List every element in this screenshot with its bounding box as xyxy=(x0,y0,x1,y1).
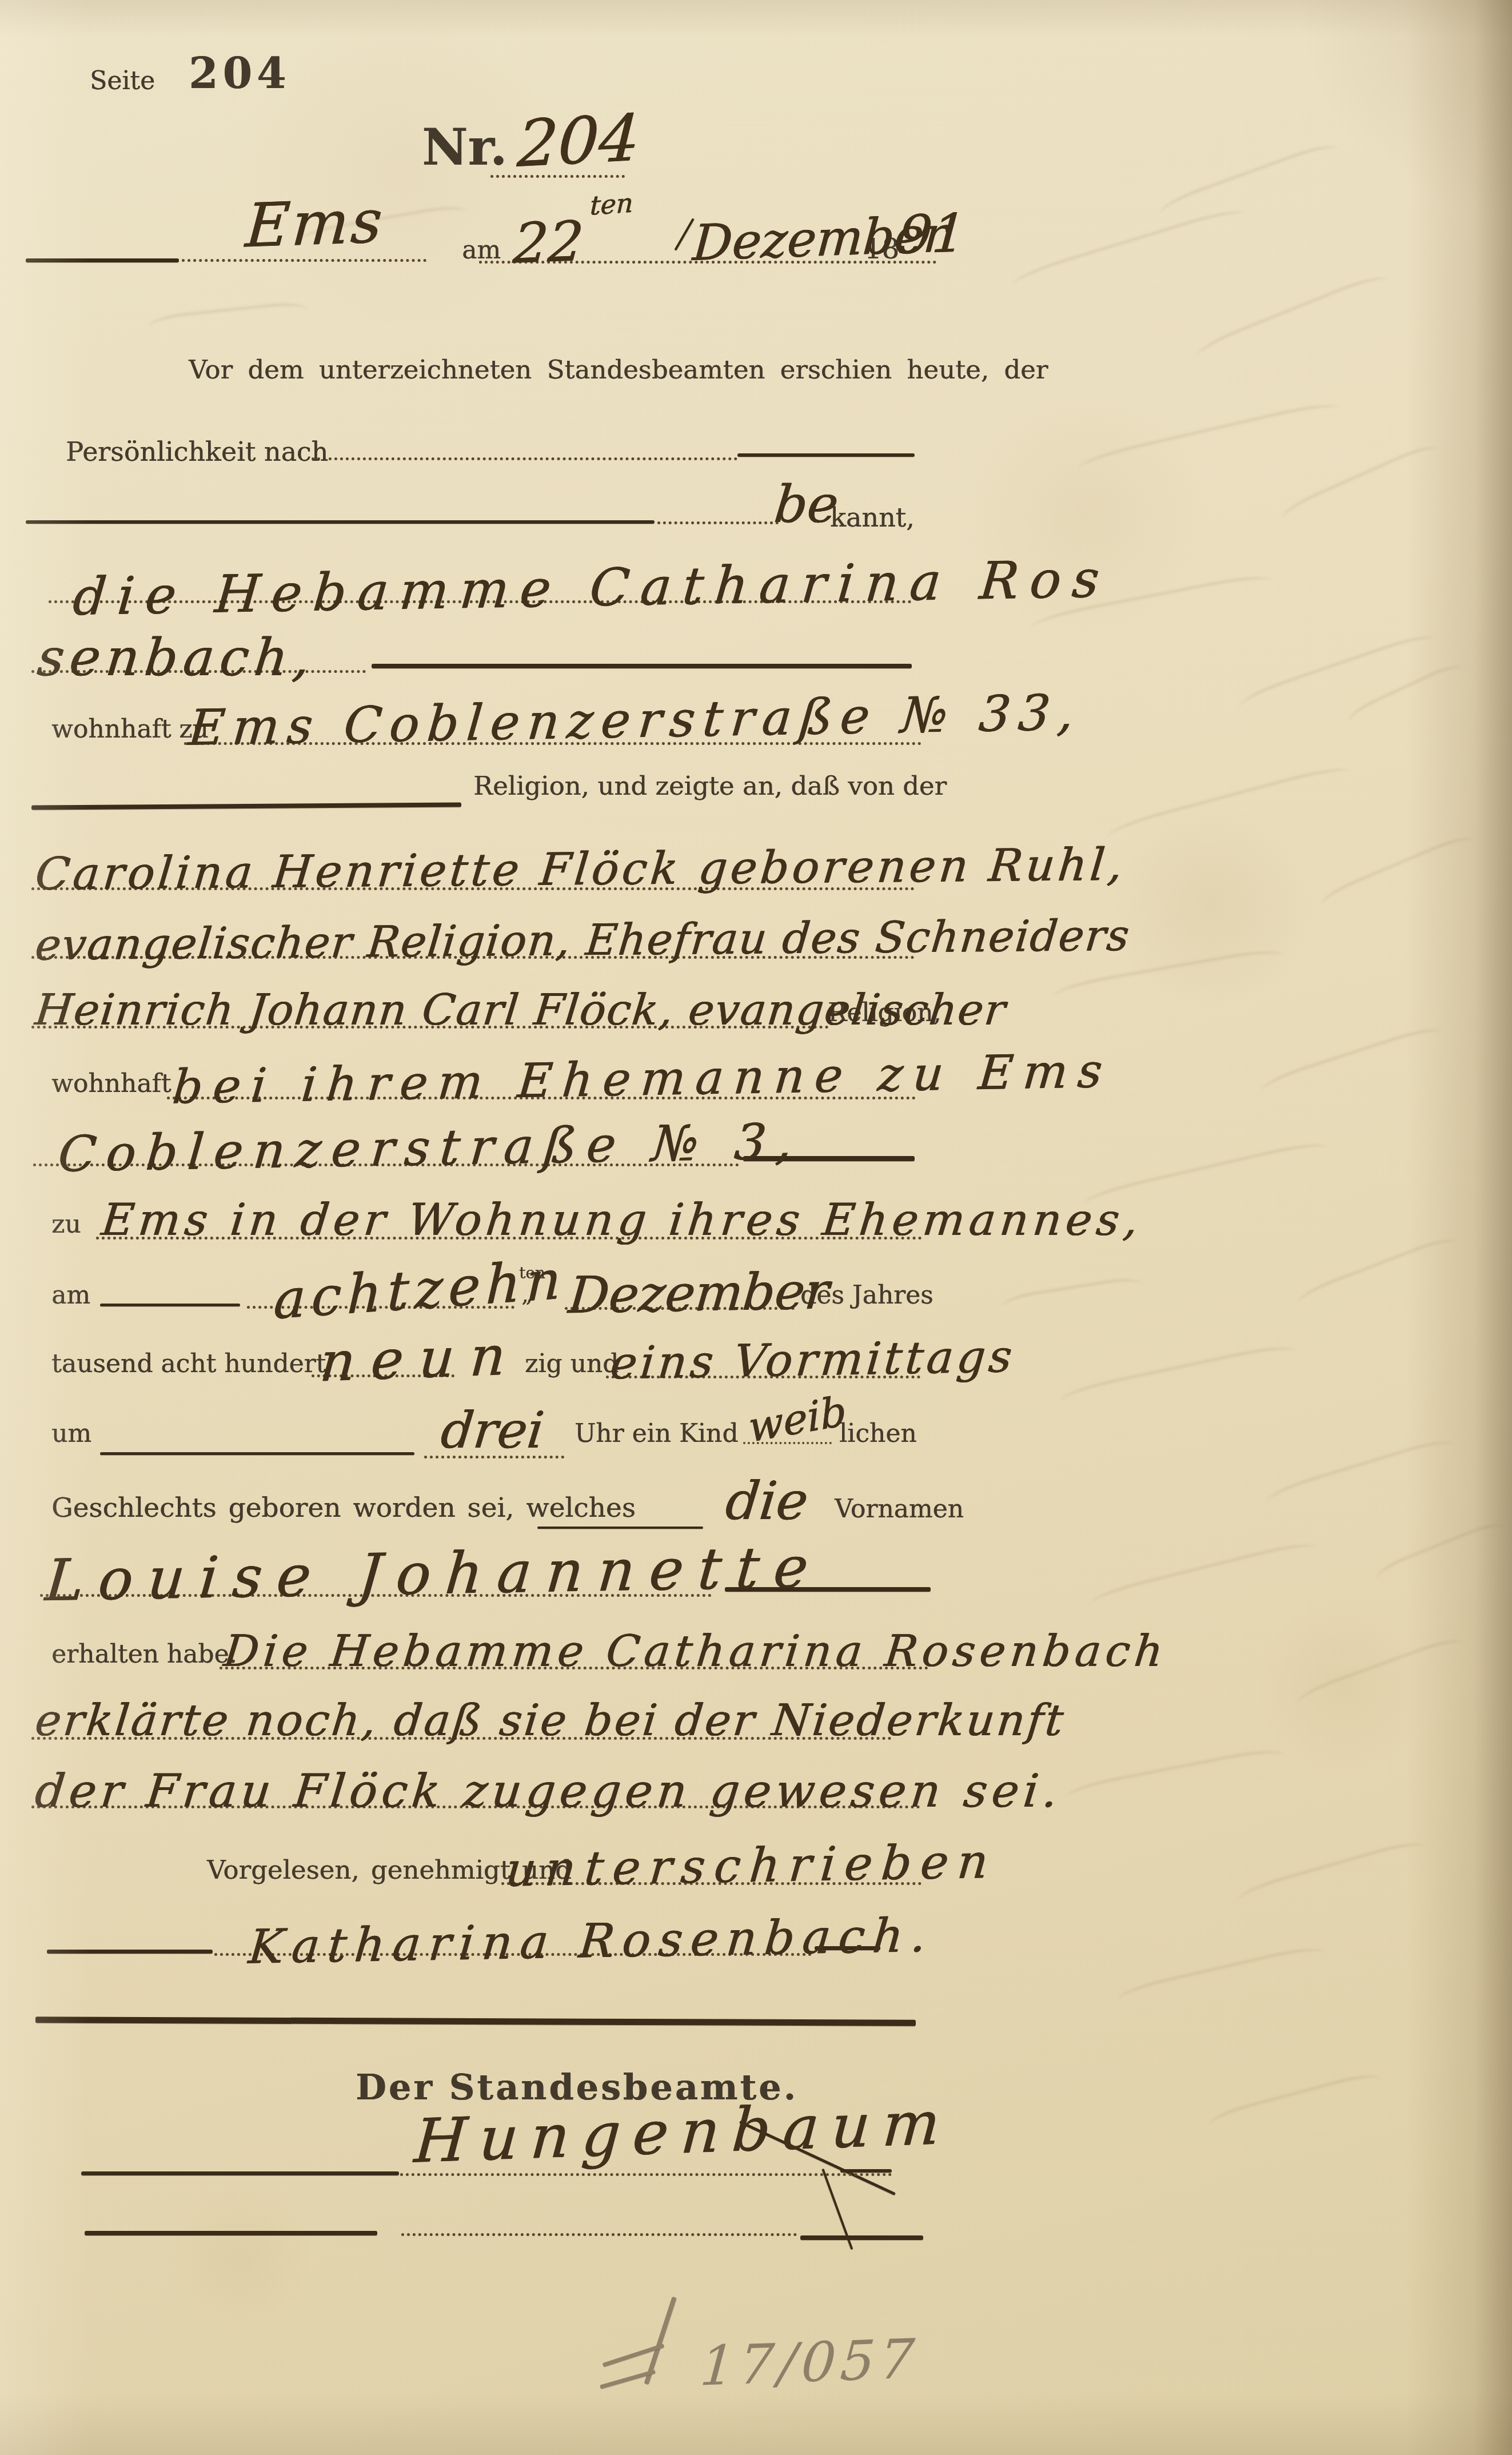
signature-rule-1-right xyxy=(840,2169,892,2173)
bleedthrough-mark xyxy=(1294,1233,1461,1313)
bleedthrough-mark xyxy=(148,300,309,336)
archive-number: 17/057 xyxy=(698,2328,921,2398)
bleedthrough-mark xyxy=(1008,205,1249,295)
known-rule-solid xyxy=(26,520,655,524)
birth-time-value: eins Vormittags xyxy=(608,1331,1017,1390)
bleedthrough-mark xyxy=(1345,660,1467,731)
midwife-statement-3: der Frau Flöck zugegen gewesen sei. xyxy=(33,1764,1064,1818)
place-rule-dotted xyxy=(182,259,426,262)
known-label: kannt, xyxy=(830,502,915,533)
known-hand-prefix: be xyxy=(771,475,841,535)
bleedthrough-mark xyxy=(1259,1023,1445,1100)
residence-label: wohnhaft zu xyxy=(51,715,209,744)
bleedthrough-mark xyxy=(1373,1519,1507,1588)
child-gender-suffix: lichen xyxy=(839,1419,917,1448)
birth-place-label: zu xyxy=(51,1210,81,1239)
bleedthrough-mark xyxy=(1087,1539,1319,1614)
birth-date-blank-rule xyxy=(100,1304,240,1306)
child-names: Louise Johannette xyxy=(43,1533,825,1614)
bleedthrough-mark xyxy=(1236,1838,1428,1910)
personality-rule-solid xyxy=(737,453,915,457)
bleedthrough-mark xyxy=(1115,1943,1326,2010)
gender-blank-rule xyxy=(537,1527,703,1529)
birth-day-value: achtzehn xyxy=(273,1249,568,1332)
father-residence-label: wohnhaft xyxy=(51,1069,171,1098)
bleedthrough-mark xyxy=(1207,2070,1383,2134)
midwife-statement-2: erklärte noch, daß sie bei der Niederkun… xyxy=(33,1695,1068,1745)
bleedthrough-mark xyxy=(1076,399,1342,479)
declarant-line-2: senbach, xyxy=(34,628,318,688)
witness-rule-left xyxy=(47,1950,213,1954)
bleedthrough-mark xyxy=(1058,1342,1297,1411)
bleedthrough-mark xyxy=(1318,832,1478,915)
birth-year-suffix: zig und xyxy=(525,1349,619,1378)
known-rule-dotted xyxy=(657,521,779,524)
religion-blank-rule xyxy=(31,802,461,810)
bleedthrough-mark xyxy=(1294,1634,1467,1713)
document-page: Seite204Nr.204Emsam22tenDezember1891Vor … xyxy=(0,0,1512,2455)
record-number-value: 204 xyxy=(516,101,641,182)
bleedthrough-mark xyxy=(1000,1276,1144,1317)
birth-hour-suffix: Uhr ein Kind xyxy=(575,1419,738,1448)
date-prefix: am xyxy=(462,236,501,265)
bleedthrough-mark xyxy=(1264,1436,1456,1511)
bleedthrough-mark xyxy=(1105,763,1353,847)
closing-hand: unterschrieben xyxy=(504,1834,999,1897)
birth-year-prefix: tausend acht hundert xyxy=(51,1349,326,1378)
bleedthrough-mark xyxy=(1063,1745,1286,1807)
father-name-line: Heinrich Johann Carl Flöck, evangelische… xyxy=(33,985,1008,1035)
religion-label: Religion, und zeigte an, daß von der xyxy=(473,771,947,801)
signature-rule-2-right xyxy=(800,2235,923,2240)
bleedthrough-mark xyxy=(1157,140,1341,223)
father-residence-value: bei ihrem Ehemanne zu Ems xyxy=(170,1044,1115,1115)
residence-value: Ems Coblenzerstraße № 33, xyxy=(186,684,1084,756)
date-separator-stroke xyxy=(674,218,694,250)
birth-street-line: Coblenzerstraße № 3, xyxy=(56,1113,805,1183)
intro-line: Vor dem unterzeichneten Standesbeamten e… xyxy=(189,354,1048,385)
section-divider xyxy=(35,2016,916,2026)
witness-signature: Katharina Rosenbach. xyxy=(246,1908,936,1974)
birth-hour-prefix: um xyxy=(51,1419,91,1448)
place-rule-solid xyxy=(26,258,179,262)
declarant-line-1: die Hebamme Catharina Ros xyxy=(71,549,1113,627)
vornamen-label: Vornamen xyxy=(835,1494,964,1524)
received-label: erhalten habe. xyxy=(51,1640,237,1669)
bleedthrough-mark xyxy=(1237,630,1438,715)
declarant-rule-2-solid xyxy=(372,664,912,668)
birth-month-value: Dezember xyxy=(566,1261,832,1325)
birth-hour-blank-rule xyxy=(100,1452,414,1455)
midwife-statement-1: Die Hebamme Catharina Rosenbach xyxy=(221,1625,1170,1676)
birth-year-tens: neun xyxy=(318,1324,523,1394)
signature-rule-2-left xyxy=(85,2231,377,2235)
personality-label: Persönlichkeit nach xyxy=(66,436,328,467)
signature-rule-1-left xyxy=(81,2171,399,2175)
birth-hour-value: drei xyxy=(438,1401,546,1460)
page-number: 204 xyxy=(189,49,290,98)
page-label: Seite xyxy=(90,66,155,95)
child-gender-value: weib xyxy=(747,1386,848,1452)
place-name: Ems xyxy=(244,186,387,261)
bleedthrough-mark xyxy=(1278,440,1443,528)
mother-name-line: Carolina Henriette Flöck geborenen Ruhl, xyxy=(33,839,1128,900)
birth-place-value: Ems in der Wohnung ihres Ehemannes, xyxy=(99,1195,1144,1246)
gender-sentence: Geschlechts geboren worden sei, welches xyxy=(51,1492,636,1524)
bleedthrough-mark xyxy=(1193,271,1391,366)
signature-rule-2-dotted xyxy=(401,2233,797,2236)
date-day-suffix: ten xyxy=(589,187,633,221)
mother-religion-line: evangelischer Religion, Ehefrau des Schn… xyxy=(33,910,1132,970)
record-number-label: Nr. xyxy=(422,117,507,177)
birth-date-prefix: am xyxy=(51,1281,90,1310)
personality-rule-dotted xyxy=(312,457,737,460)
date-year: 91 xyxy=(896,202,968,266)
vornamen-article: die xyxy=(723,1470,811,1532)
date-day: 22 xyxy=(511,209,585,276)
